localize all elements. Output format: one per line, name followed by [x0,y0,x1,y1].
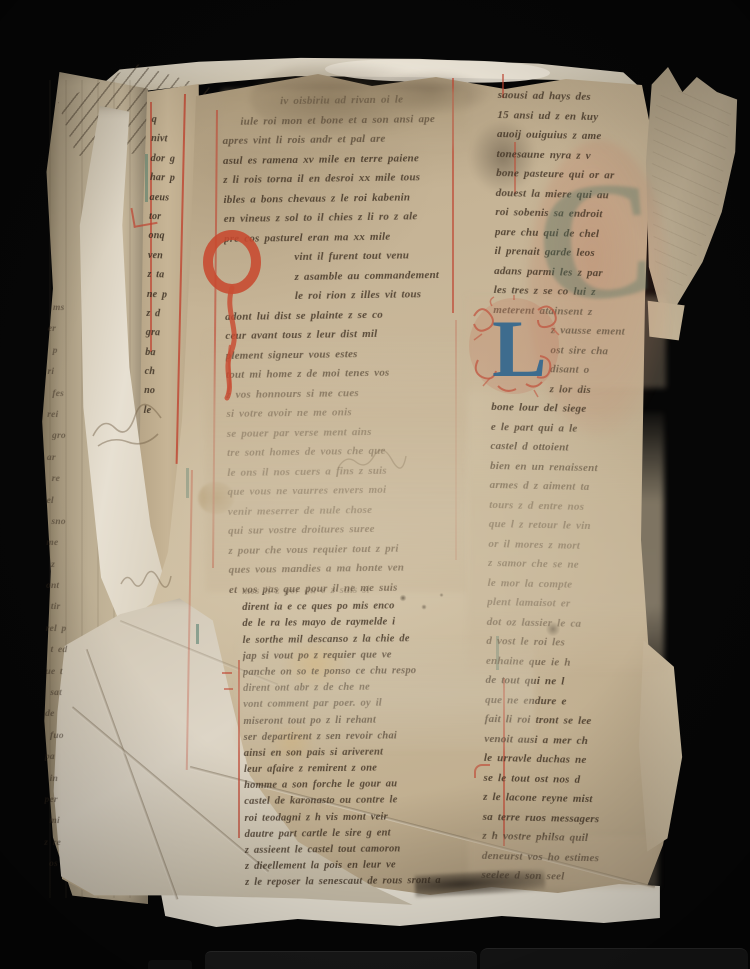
faded-text-patch [238,640,534,750]
text-line: tir [46,597,102,619]
initial-q-red [200,226,264,404]
stack-edge-fragments: mserprifesreigroarreelsnomezonttirrel pt… [44,298,104,876]
text-line: per [44,790,100,812]
text-line: re [47,469,103,491]
text-line: gra [146,323,193,344]
text-line: le urravle duchas ne [484,749,644,772]
text-line: nivt [151,129,198,150]
text-line: dor g [150,149,197,170]
red-margin-dash [222,672,232,674]
text-line: er [48,319,104,341]
scribble-drawing [118,568,176,592]
text-line: fuo [45,726,101,748]
text-line: me [46,533,102,555]
cradle-bar-small [148,960,192,969]
initial-l-blue: L [468,294,562,398]
text-line: ont [46,576,102,598]
cradle-bar-left [205,951,477,969]
text-line: ri [47,362,103,384]
text-line: mi [44,811,100,833]
red-margin-dash [224,688,233,690]
text-line: har p [150,168,197,189]
text-line: saousi ad hays des [498,86,658,109]
initial-l-letter: L [492,303,547,394]
text-line: p [48,341,104,363]
manuscript-photo: iv oisbiriu ad rivan oi leiule roi mon e… [0,0,750,969]
text-line: in [45,769,101,791]
text-line: tor [149,207,196,228]
text-line: z le lacone reyne mist [483,788,643,811]
text-line: ms [48,298,104,320]
text-line: aeus [149,188,196,209]
cradle-bar-right [480,948,748,969]
text-line: ven [148,246,195,267]
text-line: os [44,854,100,876]
scribble-drawing [336,448,410,478]
scribble-drawing [90,394,170,452]
text-line: z d [146,304,193,325]
green-ruling-line [145,154,148,202]
text-line: ne p [147,284,194,305]
text-line: rel p [46,619,102,641]
faded-text-patch [222,90,466,148]
initial-q-drawing [200,226,264,404]
text-line: ue t [45,662,101,684]
green-ruling-line [186,468,189,498]
text-line: z [46,555,102,577]
underleaf-strip-fragments: qnivtdor ghar paeustoronqvenz tane pz dg… [143,110,198,421]
text-line: t ed [45,640,101,662]
text-line: pa [45,747,101,769]
text-line: q [151,110,198,131]
faded-text-patch [468,412,664,670]
text-line: ba [145,343,192,364]
text-line: sat [45,683,101,705]
text-line: ch [144,362,191,383]
text-line: z re [44,833,100,855]
text-line: sno [46,512,102,534]
initial-l-drawing: L [468,294,562,398]
green-ruling-line [196,624,199,644]
text-line: onq [148,226,195,247]
text-line: z ta [147,265,194,286]
text-line: de [45,704,101,726]
text-line: el [47,491,103,513]
